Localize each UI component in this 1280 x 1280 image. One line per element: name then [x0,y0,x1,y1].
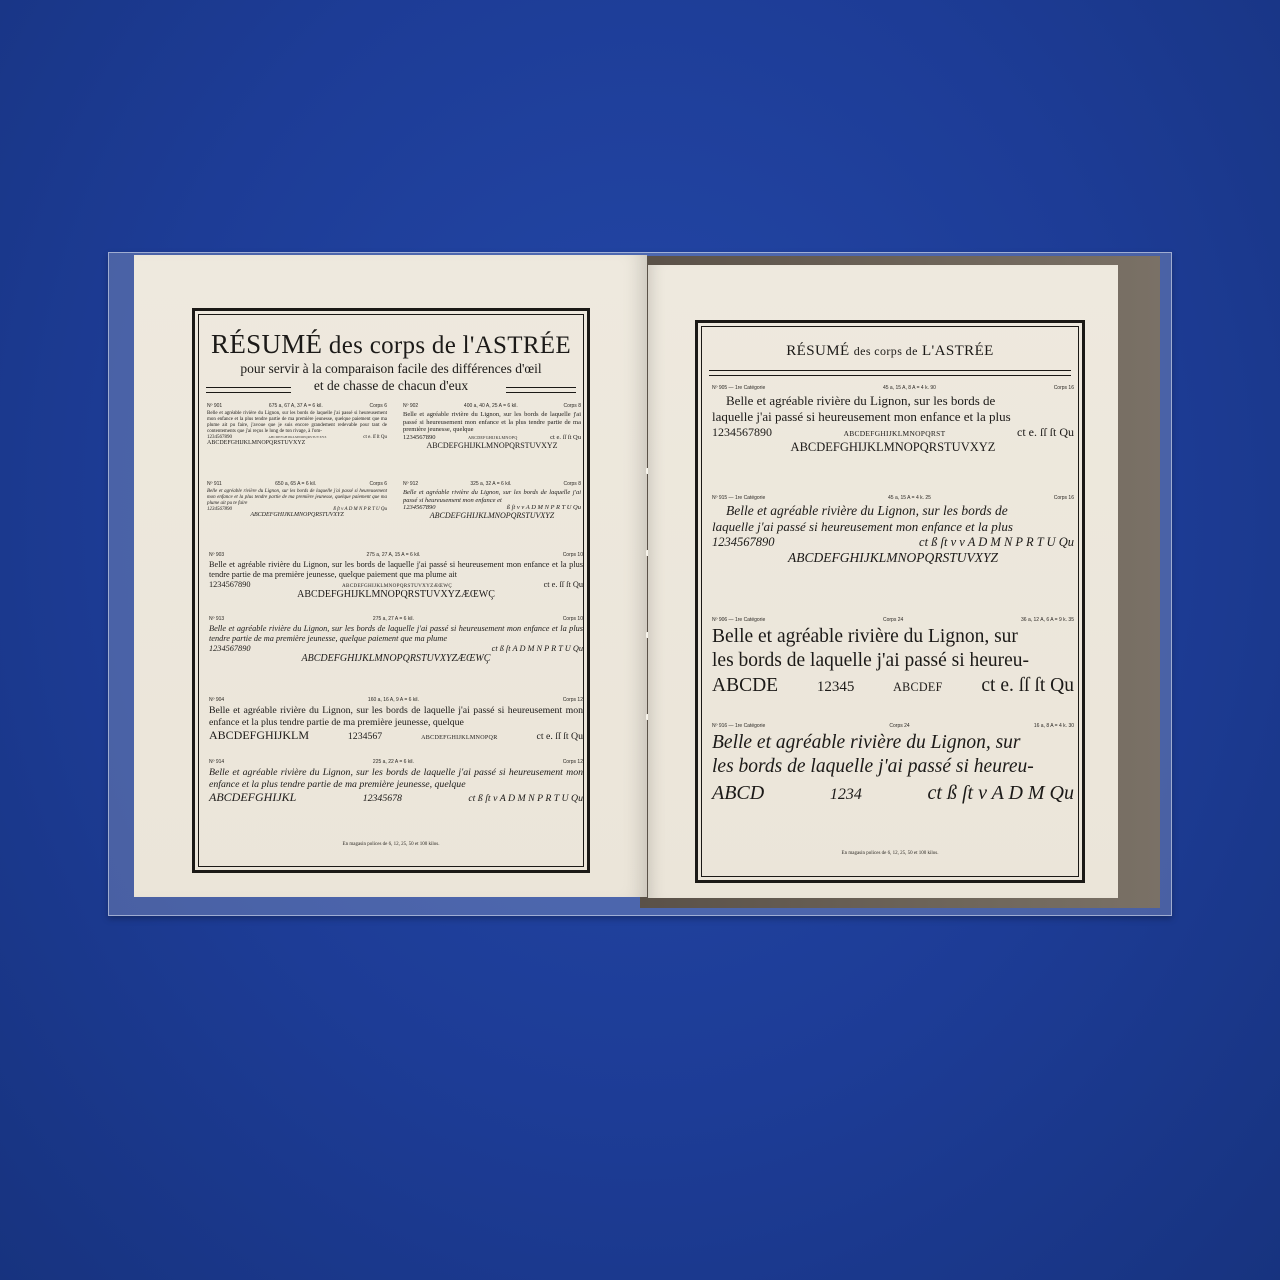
specimen-913: Nº 913275 a, 27 A = 6 kil.Corps 10 Belle… [209,616,583,664]
figures: 1234 [830,785,862,806]
specimen-905: Nº 905 — 1re Catégorie45 a, 15 A, 8 A = … [712,385,1074,455]
specimen-size: Corps 10 [563,616,583,622]
specimen-quantity: 36 a, 12 A, 6 A = 9 k. 35 [1021,617,1074,623]
specimen-quantity: 45 a, 15 A = 4 k. 25 [888,495,931,501]
specimen-quantity: 16 a, 8 A = 4 k. 30 [1034,723,1074,729]
specimen-number: Nº 905 — 1re Catégorie [712,385,765,391]
specimen-number: Nº 902 [403,403,418,409]
specimen-line-1: Belle et agréable rivière du Lignon, sur [712,625,1074,649]
specimen-text: Belle et agréable rivière du Lignon, sur… [209,705,583,728]
ligatures: ct e. ſſ ſt Qu [363,435,387,440]
capitals: ABCDEFGHIJKLMNOPQRSTUVXYZ [403,441,581,450]
left-page-title: RÉSUMÉ des corps de l'ASTRÉE [199,329,583,360]
specimen-number: Nº 911 [207,481,222,487]
capitals: ABCDEFGHIJKLMNOPQRSTUVXYZ [403,511,581,520]
specimen-915: Nº 915 — 1re Catégorie45 a, 15 A = 4 k. … [712,495,1074,566]
specimen-line-2: laquelle j'ai passé si heureusement mon … [712,519,1074,535]
specimen-size: Corps 8 [563,481,581,487]
specimen-quantity: 400 a, 40 A, 25 A = 6 kil. [464,403,518,409]
left-page-border-frame: RÉSUMÉ des corps de l'ASTRÉE pour servir… [192,308,590,873]
title-mid: des corps de [854,344,918,358]
figures: 1234567890 [712,535,775,550]
specimen-901: Nº 901675 a, 67 A, 37 A = 6 kil.Corps 6 … [207,403,387,446]
right-page-border-frame: RÉSUMÉ des corps de L'ASTRÉE Nº 905 — 1r… [695,320,1085,883]
left-page-subtitle: pour servir à la comparaison facile des … [199,361,583,377]
specimen-line-1: Belle et agréable rivière du Lignon, sur… [712,393,1074,409]
figures: 1234567890 [209,580,250,589]
ligatures: ct e. ſſ ſt Qu [536,731,583,742]
capitals: ABCDEFGHIJKLMNOPQRSTUVXYZÆŒWÇ [209,589,583,600]
right-page: RÉSUMÉ des corps de L'ASTRÉE Nº 905 — 1r… [648,265,1118,898]
specimen-quantity: 675 a, 67 A, 37 A = 6 kil. [269,403,323,409]
specimen-904: Nº 904160 a, 16 A, 9 A = 6 kil.Corps 12 … [209,697,583,743]
capitals: ABCDEFGHIJKLMNOPQRSTUVXYZ [712,550,1074,566]
small-caps: ABCDEFGHIJKLMNOPQRST [844,429,946,438]
specimen-line-2: les bords de laquelle j'ai passé si heur… [712,649,1074,673]
specimen-line-2: les bords de laquelle j'ai passé si heur… [712,755,1074,779]
specimen-size: Corps 8 [563,403,581,409]
specimen-size: Corps 12 [563,697,583,703]
title-resume: RÉSUMÉ [786,343,849,359]
specimen-903: Nº 903275 a, 27 A, 15 A = 6 kil.Corps 10… [209,552,583,600]
specimen-size: Corps 16 [1054,385,1074,391]
specimen-914: Nº 914225 a, 22 A = 6 kil.Corps 12 Belle… [209,759,583,805]
specimen-912: Nº 912325 a, 32 A = 6 kil.Corps 8 Belle … [403,481,581,520]
specimen-quantity: 275 a, 27 A, 15 A = 6 kil. [367,552,421,558]
specimen-line-1: Belle et agréable rivière du Lignon, sur… [712,503,1074,519]
specimen-size: Corps 10 [563,552,583,558]
capitals: ABCDEFGHIJKLMNOPQRSTUVXYZ [712,440,1074,455]
capitals: ABCDEFGHIJKL [209,790,296,805]
title-resume: RÉSUMÉ [211,329,322,359]
figures: 1234567890 [403,434,436,441]
specimen-size: Corps 16 [1054,495,1074,501]
left-page: RÉSUMÉ des corps de l'ASTRÉE pour servir… [134,255,647,897]
specimen-quantity: 650 a, 65 A = 6 kil. [275,481,316,487]
specimen-text: Belle et agréable rivière du Lignon, sur… [403,489,581,504]
figures: 12345678 [363,793,402,804]
specimen-911: Nº 911650 a, 65 A = 6 kil.Corps 6 Belle … [207,481,387,518]
specimen-text: Belle et agréable rivière du Lignon, sur… [403,411,581,434]
specimen-number: Nº 904 [209,697,224,703]
specimen-text: Belle et agréable rivière du Lignon, sur… [207,489,387,507]
specimen-902: Nº 902400 a, 40 A, 25 A = 6 kil.Corps 8 … [403,403,581,450]
figures: 1234567890 [209,644,250,653]
capitals: ABCDEFGHIJKLMNOPQRSTUVXYZÆŒWÇ [209,653,583,664]
double-rule-right [506,387,576,393]
specimen-quantity: 160 a, 16 A, 9 A = 6 kil. [368,697,419,703]
specimen-size: Corps 12 [563,759,583,765]
specimen-number: Nº 901 [207,403,222,409]
specimen-line-1: Belle et agréable rivière du Lignon, sur [712,731,1074,755]
figures: 1234567890 [207,507,232,512]
figures: 1234567890 [712,425,772,440]
ligatures: ct e. ſſ ſt Qu [981,674,1074,698]
swash-letters: ct ß ſt v A D M N P R T U Qu [468,793,583,804]
capitals: ABCDE [712,674,778,698]
specimen-quantity: 275 a, 27 A = 6 kil. [373,616,414,622]
specimen-size: Corps 24 [889,723,909,729]
specimen-line-2: laquelle j'ai passé si heureusement mon … [712,409,1074,425]
title-rest: des corps de l'ASTRÉE [329,332,571,359]
swash-letters: ß ſt v A D M N P R T U Qu [333,507,387,512]
swash-letters: ct ß ſt v A D M Qu [928,780,1074,806]
ligatures: ct e. ſſ ſt Qu [544,580,583,589]
small-caps: ABCDEFGHIJKLMNOPQRSTUVXYZÆŒWÇ [342,583,452,589]
swash-letters: ct ß ſt A D M N P R T U Qu [492,644,583,653]
specimen-size: Corps 6 [369,403,387,409]
specimen-quantity: 45 a, 15 A, 8 A = 4 k. 90 [883,385,936,391]
swash-letters: ß ſt v v A D M N P R T U Qu [507,504,581,511]
small-caps: ABCDEF [893,680,942,695]
specimen-number: Nº 912 [403,481,418,487]
specimen-text: Belle et agréable rivière du Lignon, sur… [209,767,583,790]
specimen-number: Nº 915 — 1re Catégorie [712,495,765,501]
figures: 1234567890 [207,435,232,440]
small-caps: ABCDEFGHIJKLMNOPQR [421,735,497,741]
capitals: ABCD [712,780,764,806]
specimen-size: Corps 24 [883,617,903,623]
title-astree: L'ASTRÉE [922,343,994,359]
specimen-number: Nº 916 — 1re Catégorie [712,723,765,729]
figures: 1234567 [348,731,382,742]
specimen-number: Nº 913 [209,616,224,622]
specimen-906: Nº 906 — 1re CatégorieCorps 2436 a, 12 A… [712,617,1074,698]
capitals: ABCDEFGHIJKLMNOPQRSTUVXYZ [207,512,387,518]
specimen-text: Belle et agréable rivière du Lignon, sur… [207,411,387,435]
right-page-footer: En magasin polices de 6, 12, 25, 50 et 1… [702,851,1078,856]
ligatures: ct e. ſſ ſt Qu [1017,425,1074,440]
specimen-quantity: 225 a, 22 A = 6 kil. [373,759,414,765]
specimen-text: Belle et agréable rivière du Lignon, sur… [209,624,583,644]
specimen-text: Belle et agréable rivière du Lignon, sur… [209,560,583,580]
specimen-916: Nº 916 — 1re CatégorieCorps 2416 a, 8 A … [712,723,1074,806]
small-caps: ABCDEFGHIJKLMNOPQ [468,435,518,440]
specimen-quantity: 325 a, 32 A = 6 kil. [470,481,511,487]
specimen-number: Nº 903 [209,552,224,558]
capitals: ABCDEFGHIJKLMNOPQRSTUVXYZ [207,440,387,446]
specimen-size: Corps 6 [369,481,387,487]
right-page-title: RÉSUMÉ des corps de L'ASTRÉE [702,343,1078,360]
specimen-number: Nº 914 [209,759,224,765]
figures: 1234567890 [403,504,436,511]
specimen-number: Nº 906 — 1re Catégorie [712,617,765,623]
small-caps: ABCDEFGHIJKLMNOPQRSTUVXYZ [269,435,327,439]
capitals: ABCDEFGHIJKLM [209,728,309,743]
figures: 12345 [817,678,855,697]
ligatures: ct e. ſſ ſt Qu [550,434,581,441]
swash-letters: ct ß ſt v v A D M N P R T U Qu [919,535,1074,550]
title-double-rule [709,370,1071,376]
left-page-footer: En magasin polices de 6, 12, 25, 50 et 1… [199,842,583,847]
